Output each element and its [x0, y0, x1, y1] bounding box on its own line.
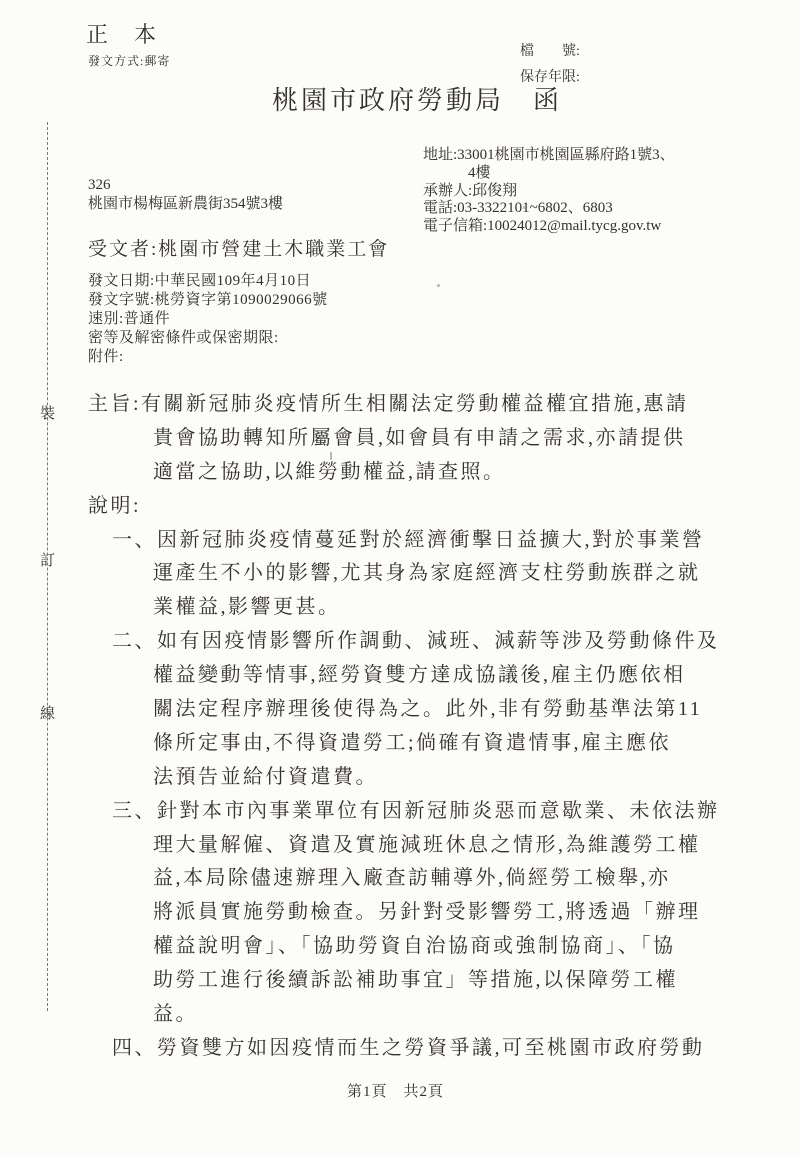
body-line: 貴會協助轉知所屬會員,如會員有申請之需求,亦請提供 [0, 422, 800, 456]
security-class: 密等及解密條件或保密期限: [88, 329, 328, 348]
scanned-official-letter: 正 本 發文方式:郵寄 檔 號: 保存年限: 桃園市政府勞動局 函 裝 訂 線 … [0, 0, 800, 1155]
body-line: 三、針對本市內事業單位有因新冠肺炎惡而意歇業、未依法辦 [0, 795, 800, 829]
sender-address-line1: 地址:33001桃園市桃園區縣府路1號3、 [423, 147, 675, 165]
recipient-street-address: 桃園市楊梅區新農街354號3樓 [88, 195, 283, 214]
page-number-footer: 第1頁 共2頁 [347, 1080, 444, 1101]
body-line: 適當之協助,以維勞動權益,請查照。 [0, 456, 800, 490]
body-line: 二、如有因疫情影響所作調動、減班、減薪等涉及勞動條件及 [0, 625, 800, 659]
attachment-label: 附件: [88, 348, 328, 367]
body-line: 業權益,影響更甚。 [0, 591, 800, 625]
recipient-address-block: 326 桃園市楊梅區新農街354號3樓 [88, 176, 283, 214]
recipient-line: 受文者:桃園市營建土木職業工會 [88, 234, 389, 261]
letter-body: 主旨:有關新冠肺炎疫情所生相關法定勞動權益權宜措施,惠請 貴會協助轉知所屬會員,… [0, 388, 800, 1066]
scan-speck [523, 206, 525, 209]
scan-speck [330, 452, 332, 460]
issue-date: 發文日期:中華民國109年4月10日 [88, 272, 328, 291]
body-line: 主旨:有關新冠肺炎疫情所生相關法定勞動權益權宜措施,惠請 [0, 388, 800, 422]
body-line: 運產生不小的影響,尤其身為家庭經濟支柱勞動族群之就 [0, 557, 800, 591]
sender-phone: 電話:03-3322101~6802、6803 [423, 200, 675, 218]
document-title: 桃園市政府勞動局 函 [272, 80, 562, 117]
sender-email: 電子信箱:10024012@mail.tycg.gov.tw [423, 218, 675, 236]
scan-speck [437, 284, 440, 287]
body-line: 四、勞資雙方如因疫情而生之勞資爭議,可至桃園市政府勞動 [0, 1032, 800, 1066]
sender-address-line2: 4樓 [423, 165, 675, 183]
document-metadata-block: 發文日期:中華民國109年4月10日 發文字號:桃勞資字第1090029066號… [88, 272, 328, 367]
body-line: 益,本局除儘速辦理入廠查訪輔導外,倘經勞工檢舉,亦 [0, 862, 800, 896]
file-number-label: 檔 號: [520, 40, 580, 60]
body-line: 條所定事由,不得資遣勞工;倘確有資遣情事,雇主應依 [0, 727, 800, 761]
body-line: 權益說明會」、「協助勞資自治協商或強制協商」、「協 [0, 930, 800, 964]
body-line: 將派員實施勞動檢查。另針對受影響勞工,將透過「辦理 [0, 896, 800, 930]
delivery-method-label: 發文方式:郵寄 [88, 52, 170, 69]
recipient-postal-code: 326 [88, 176, 283, 195]
sender-contact-block: 地址:33001桃園市桃園區縣府路1號3、 4樓 承辦人:邱俊翔 電話:03-3… [423, 147, 675, 236]
body-line: 法預告並給付資遣費。 [0, 761, 800, 795]
copy-type-stamp: 正 本 [86, 18, 158, 49]
body-line: 助勞工進行後續訴訟補助事宜」等措施,以保障勞工權 [0, 964, 800, 998]
body-line: 權益變動等情事,經勞資雙方達成協議後,雇主仍應依相 [0, 659, 800, 693]
body-line: 理大量解僱、資遣及實施減班休息之情形,為維護勞工權 [0, 829, 800, 863]
document-number: 發文字號:桃勞資字第1090029066號 [88, 291, 328, 310]
body-line: 關法定程序辦理後使得為之。此外,非有勞動基準法第11 [0, 693, 800, 727]
sender-contact-person: 承辦人:邱俊翔 [423, 183, 675, 201]
body-line: 一、因新冠肺炎疫情蔓延對於經濟衝擊日益擴大,對於事業營 [0, 524, 800, 558]
body-line: 說明: [0, 490, 800, 524]
speed-class: 速別:普通件 [88, 310, 328, 329]
body-line: 益。 [0, 998, 800, 1032]
